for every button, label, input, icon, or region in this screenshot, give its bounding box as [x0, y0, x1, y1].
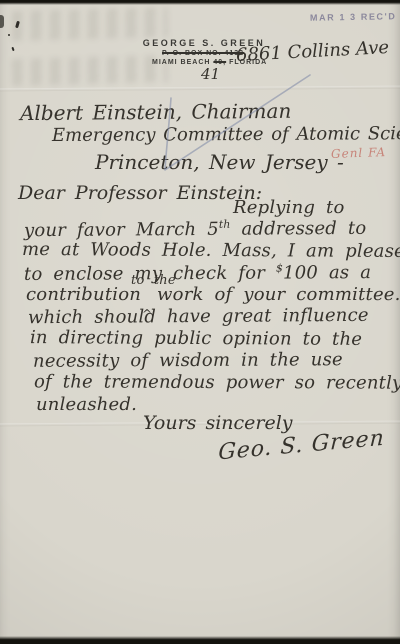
- body-line-10: unleashed.: [36, 394, 137, 415]
- bleedthrough-ghost-row-2: [12, 55, 169, 86]
- body-line-7: in directing public opinion to the: [30, 327, 362, 350]
- body-line-2: your favor March 5th addressed to: [24, 217, 367, 241]
- body-line-4: to enclose my check for $100 as a: [24, 261, 371, 285]
- recipient-city-line: Princeton, New Jersey -: [95, 150, 344, 174]
- body-line-5: contributionto the^work of your committe…: [26, 284, 400, 305]
- body-line-1: Replying to: [233, 197, 345, 218]
- edge-smudge: [0, 15, 4, 28]
- scan-edge-bottom: [0, 636, 400, 644]
- body-line-2-text: your favor March 5: [24, 219, 219, 241]
- inserted-words: to the: [131, 273, 176, 288]
- letter-scan: MAR 1 3 REC'D GEORGE S. GREEN P. O. BOX …: [0, 0, 400, 644]
- body-line-2-rest: addressed to: [231, 218, 367, 240]
- body-line-5-text: contribution: [26, 284, 141, 305]
- body-line-9: of the tremendous power so recently: [34, 371, 400, 393]
- received-date-stamp: MAR 1 3 REC'D: [310, 11, 397, 23]
- recipient-org-line: Emergency Committee of Atomic Scientists: [52, 123, 400, 146]
- salutation: Dear Professor Einstein:: [18, 182, 262, 204]
- body-line-4-rest: 100 as a: [283, 262, 371, 283]
- body-line-6: which should have great influence: [28, 305, 369, 328]
- ink-speck: [11, 47, 14, 51]
- fold-crease-top: [0, 86, 400, 92]
- body-line-5-rest: work of your committee.: [157, 284, 400, 305]
- valediction: Yours sincerely: [143, 412, 293, 434]
- bleedthrough-ghost-row-1: [12, 7, 169, 41]
- recipient-name-line: Albert Einstein, Chairman: [20, 99, 291, 125]
- body-line-8: necessity of wisdom in the use: [33, 349, 343, 372]
- handwritten-postal-zone: 41: [201, 65, 220, 83]
- ink-speck: [8, 34, 10, 36]
- body-line-3: me at Woods Hole. Mass, I am pleased: [22, 239, 400, 262]
- ordinal-superscript: th: [219, 218, 231, 231]
- letterhead-struck-address: P. O. BOX NO. 4132: [162, 50, 244, 57]
- scan-edge-top: [0, 0, 400, 5]
- struck-po-box-text: P. O. BOX NO. 4132: [162, 50, 244, 57]
- red-filing-annotation: Genl FA: [331, 145, 386, 161]
